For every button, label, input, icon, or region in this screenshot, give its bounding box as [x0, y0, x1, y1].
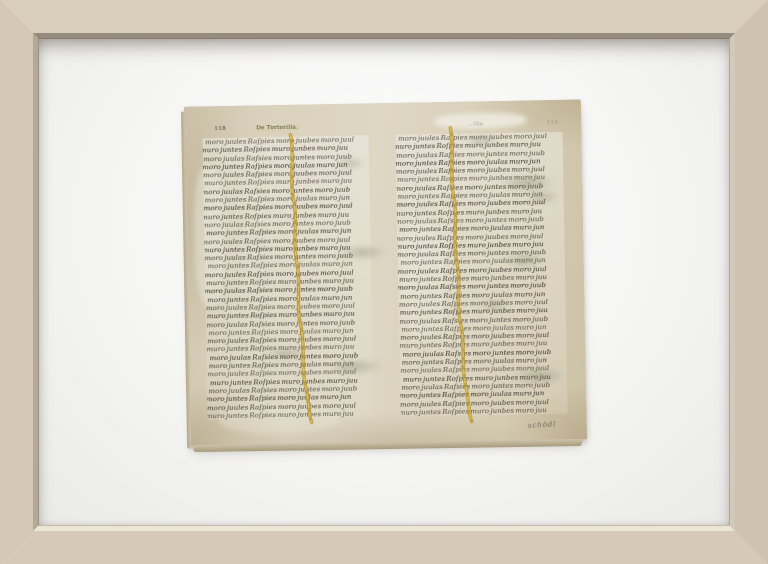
manuscript-sheet: 118 De Tortorilla. moro juules Raſpies m…	[184, 99, 587, 446]
page-edge-bottom	[193, 439, 582, 452]
photo-framed-artwork: 118 De Tortorilla. moro juules Raſpies m…	[0, 0, 768, 564]
ink-smudge	[313, 355, 397, 379]
ink-smudge	[326, 241, 398, 264]
running-title-right: …illa.	[465, 121, 487, 127]
page-header-right: …illa. 119	[395, 116, 562, 132]
page-number-right: 119	[547, 120, 559, 126]
mat-board: 118 De Tortorilla. moro juules Raſpies m…	[39, 39, 729, 525]
page-header-left: 118 De Tortorilla.	[202, 119, 368, 135]
page-edge-left	[181, 112, 191, 449]
script-line: muro juntes Roſpies muro junbes muro juu	[206, 409, 372, 420]
running-title-left: De Tortorilla.	[254, 125, 300, 132]
artist-signature: schödl	[528, 419, 557, 429]
page-number-left: 118	[214, 126, 226, 132]
script-line: muro juntes Roſpies muro junbes muro juu	[399, 406, 566, 417]
